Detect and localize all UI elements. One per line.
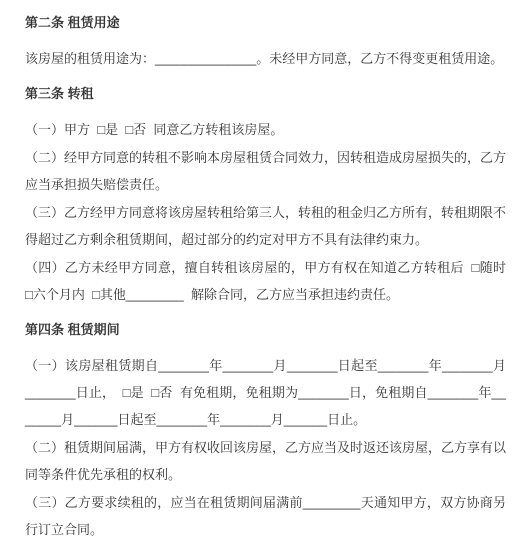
clause4-item-1: （一）该房屋租赁期自_______年_______月_______日起至____…: [25, 352, 506, 433]
contract-document: 第二条 租赁用途 该房屋的租赁用途为：______________。未经甲方同意…: [0, 0, 530, 543]
section-heading-clause3: 第三条 转租: [25, 84, 506, 104]
clause3-item-4: （四）乙方未经甲方同意，擅自转租该房屋的，甲方有权在知道乙方转租后 □随时 □六…: [25, 254, 506, 308]
clause2-paragraph-usage: 该房屋的租赁用途为：______________。未经甲方同意，乙方不得变更租赁…: [25, 45, 506, 72]
section-heading-clause2: 第二条 租赁用途: [25, 13, 506, 33]
clause3-item-1: （一）甲方 □是 □否 同意乙方转租该房屋。: [25, 116, 506, 143]
clause4-item-2: （二）租赁期间届满，甲方有权收回该房屋，乙方应当及时返还该房屋，乙方享有以同等条…: [25, 434, 506, 488]
clause4-item-3: （三）乙方要求续租的，应当在租赁期间届满前________天通知甲方，双方协商另…: [25, 489, 506, 543]
section-heading-clause4: 第四条 租赁期间: [25, 320, 506, 340]
clause3-item-3: （三）乙方经甲方同意将该房屋转租给第三人，转租的租金归乙方所有，转租期限不得超过…: [25, 199, 506, 253]
clause3-item-2: （二）经甲方同意的转租不影响本房屋租赁合同效力，因转租造成房屋损失的，乙方应当承…: [25, 144, 506, 198]
